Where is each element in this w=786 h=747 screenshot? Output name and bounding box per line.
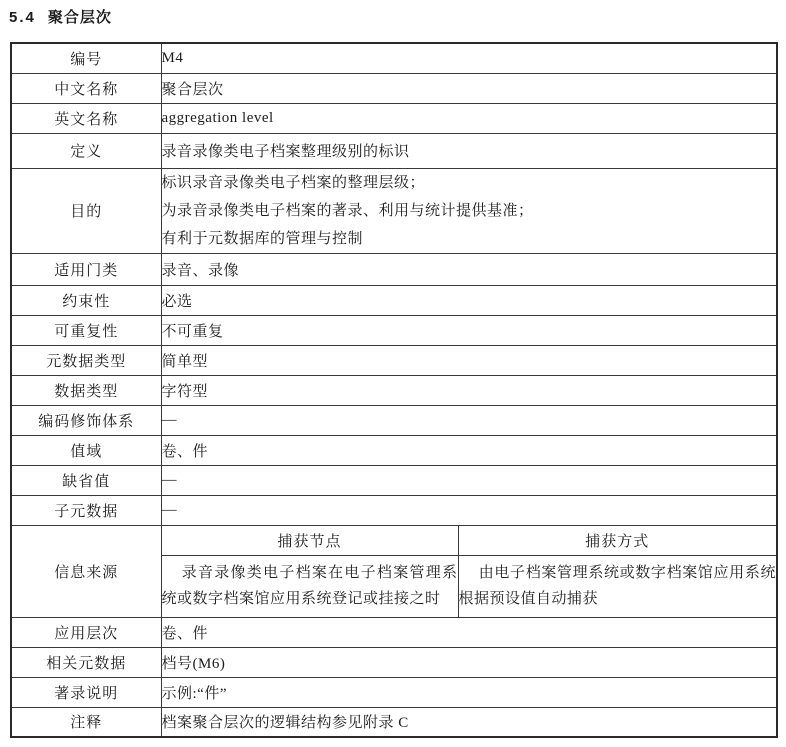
field-value-definition: 录音录像类电子档案整理级别的标识: [161, 133, 777, 168]
field-label-application-level: 应用层次: [11, 617, 161, 647]
field-label-purpose: 目的: [11, 168, 161, 253]
document-page: 5.4聚合层次 编号 M4 中文名称 聚合层次 英文名称 aggregation…: [0, 0, 786, 747]
table-row-number: 编号 M4: [11, 43, 777, 73]
field-value-purpose: 标识录音录像类电子档案的整理层级； 为录音录像类电子档案的著录、利用与统计提供基…: [161, 168, 777, 253]
field-label-sub-metadata: 子元数据: [11, 495, 161, 525]
field-label-definition: 定义: [11, 133, 161, 168]
field-label-value-domain: 值域: [11, 435, 161, 465]
field-label-chinese-name: 中文名称: [11, 73, 161, 103]
table-row-value-domain: 值域 卷、件: [11, 435, 777, 465]
table-row-data-type: 数据类型 字符型: [11, 375, 777, 405]
purpose-line-1: 标识录音录像类电子档案的整理层级；: [162, 169, 777, 197]
field-value-related-metadata: 档号(M6): [161, 647, 777, 677]
field-label-english-name: 英文名称: [11, 103, 161, 133]
capture-node-text: 录音录像类电子档案在电子档案管理系统或数字档案馆应用系统登记或挂接之时: [161, 555, 458, 617]
table-row-repeatability: 可重复性 不可重复: [11, 315, 777, 345]
field-value-number: M4: [161, 43, 777, 73]
field-value-repeatability: 不可重复: [161, 315, 777, 345]
table-row-application-level: 应用层次 卷、件: [11, 617, 777, 647]
capture-method-text: 由电子档案管理系统或数字档案馆应用系统根据预设值自动捕获: [458, 555, 777, 617]
field-value-default-value: —: [161, 465, 777, 495]
section-heading: 5.4聚合层次: [0, 0, 786, 28]
table-row-sub-metadata: 子元数据 —: [11, 495, 777, 525]
table-row-applicable-categories: 适用门类 录音、录像: [11, 253, 777, 285]
field-value-encoding-scheme: —: [161, 405, 777, 435]
section-title: 聚合层次: [48, 9, 112, 26]
field-label-repeatability: 可重复性: [11, 315, 161, 345]
table-row-info-source-header: 信息来源 捕获节点 捕获方式: [11, 525, 777, 555]
field-label-description-notes: 著录说明: [11, 677, 161, 707]
table-row-constraint: 约束性 必选: [11, 285, 777, 315]
table-row-remarks: 注释 档案聚合层次的逻辑结构参见附录 C: [11, 707, 777, 737]
table-row-purpose: 目的 标识录音录像类电子档案的整理层级； 为录音录像类电子档案的著录、利用与统计…: [11, 168, 777, 253]
field-value-english-name: aggregation level: [161, 103, 777, 133]
subheader-capture-method: 捕获方式: [458, 525, 777, 555]
field-label-information-source: 信息来源: [11, 525, 161, 617]
field-label-data-type: 数据类型: [11, 375, 161, 405]
field-value-value-domain: 卷、件: [161, 435, 777, 465]
field-value-metadata-type: 简单型: [161, 345, 777, 375]
table-row-encoding-scheme: 编码修饰体系 —: [11, 405, 777, 435]
table-row-metadata-type: 元数据类型 简单型: [11, 345, 777, 375]
field-value-remarks: 档案聚合层次的逻辑结构参见附录 C: [161, 707, 777, 737]
field-value-applicable-categories: 录音、录像: [161, 253, 777, 285]
field-value-chinese-name: 聚合层次: [161, 73, 777, 103]
table-row-related-metadata: 相关元数据 档号(M6): [11, 647, 777, 677]
table-row-description-notes: 著录说明 示例:“件”: [11, 677, 777, 707]
section-number: 5.4: [9, 9, 36, 26]
field-label-number: 编号: [11, 43, 161, 73]
field-value-data-type: 字符型: [161, 375, 777, 405]
subheader-capture-node: 捕获节点: [161, 525, 458, 555]
field-label-encoding-scheme: 编码修饰体系: [11, 405, 161, 435]
field-label-related-metadata: 相关元数据: [11, 647, 161, 677]
purpose-line-2: 为录音录像类电子档案的著录、利用与统计提供基准；: [162, 197, 777, 225]
field-value-sub-metadata: —: [161, 495, 777, 525]
table-row-english-name: 英文名称 aggregation level: [11, 103, 777, 133]
field-value-application-level: 卷、件: [161, 617, 777, 647]
field-label-remarks: 注释: [11, 707, 161, 737]
table-row-default-value: 缺省值 —: [11, 465, 777, 495]
field-value-description-notes: 示例:“件”: [161, 677, 777, 707]
table-row-chinese-name: 中文名称 聚合层次: [11, 73, 777, 103]
field-label-default-value: 缺省值: [11, 465, 161, 495]
field-label-metadata-type: 元数据类型: [11, 345, 161, 375]
field-label-constraint: 约束性: [11, 285, 161, 315]
field-value-constraint: 必选: [161, 285, 777, 315]
metadata-element-table: 编号 M4 中文名称 聚合层次 英文名称 aggregation level 定…: [10, 42, 778, 738]
table-row-definition: 定义 录音录像类电子档案整理级别的标识: [11, 133, 777, 168]
purpose-line-3: 有利于元数据库的管理与控制: [162, 225, 777, 253]
field-label-applicable-categories: 适用门类: [11, 253, 161, 285]
